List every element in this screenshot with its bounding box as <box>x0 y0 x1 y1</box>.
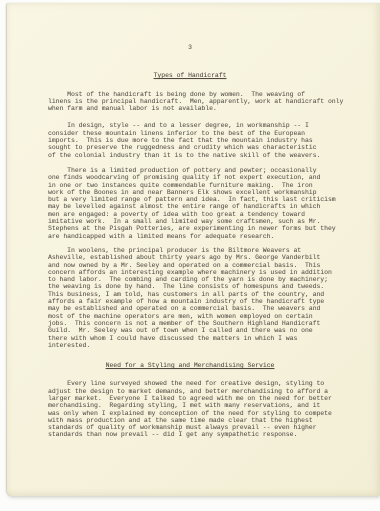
paragraph: There is a limited production of pottery… <box>48 167 353 240</box>
paper-sheet: 3 Types of Handicraft Most of the handic… <box>7 3 380 496</box>
paragraph: Most of the handicraft is being done by … <box>48 91 353 113</box>
paragraph: In woolens, the principal producer is th… <box>48 247 353 349</box>
section-heading-styling-merchandising: Need for a Styling and Merchandising Ser… <box>48 362 332 369</box>
typewritten-content: 3 Types of Handicraft Most of the handic… <box>48 44 353 439</box>
paragraph: Every line surveyed showed the need for … <box>48 380 353 438</box>
paragraph: In design, style -- and to a lesser degr… <box>48 122 353 158</box>
page-number: 3 <box>48 44 332 51</box>
section-heading-types-of-handicraft: Types of Handicraft <box>48 72 332 79</box>
scanned-page: 3 Types of Handicraft Most of the handic… <box>0 0 380 511</box>
